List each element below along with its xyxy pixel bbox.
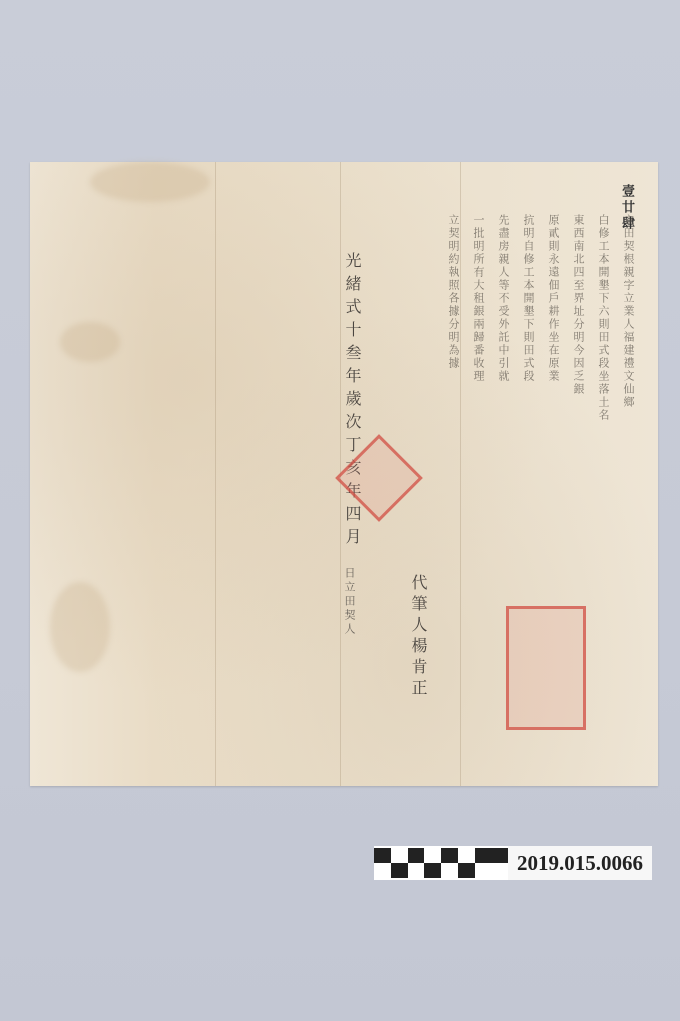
- stain: [50, 582, 110, 672]
- fold-line: [215, 162, 216, 786]
- accession-number: 2019.015.0066: [508, 846, 652, 880]
- stain: [60, 322, 120, 362]
- scribe-line: 代筆人楊肯正: [410, 574, 426, 700]
- accession-label: 2019.015.0066: [374, 846, 652, 880]
- signatory-line: 日立田契人: [344, 567, 355, 637]
- deed-document: 壹廿肆 立田契根親字立業人福建禮文仙鄉 白修工本開墾下六則田式段坐落土名 東西南…: [30, 162, 658, 786]
- rectangular-seal: [506, 606, 586, 730]
- stain: [90, 162, 210, 202]
- scale-bar: [374, 846, 508, 880]
- date-line: 光緒式十叁年歲次丁亥年四月: [344, 252, 360, 551]
